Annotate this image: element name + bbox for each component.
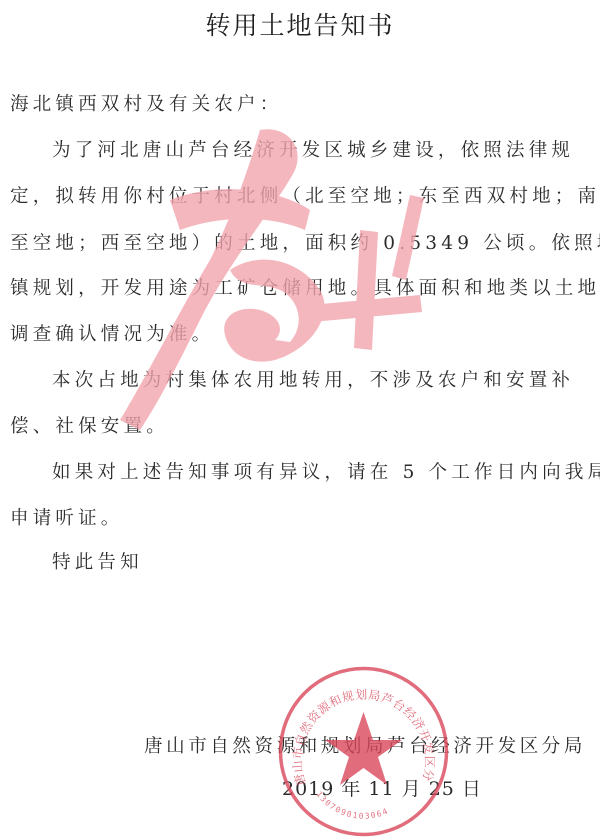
closing-line: 特此告知 <box>52 552 143 574</box>
seal-arc-text: 唐山市自然资源和规划局芦台经济开发区分局 <box>276 664 437 788</box>
body-line: 定，拟转用你村位于村北侧（北至空地；东至西双村地；南 <box>10 186 600 208</box>
body-line: 本次占地为村集体农用地转用，不涉及农户和安置补 <box>52 370 574 392</box>
body-line: 如果对上述告知事项有异议，请在 5 个工作日内向我局 <box>52 462 600 484</box>
body-line: 至空地；西至空地）的土地，面积约 0.5349 公顷。依照城 <box>10 233 600 255</box>
document-title: 转用土地告知书 <box>0 6 600 42</box>
issue-date: 2019 年 11 月 25 日 <box>282 778 482 800</box>
body-line: 镇规划，开发用途为工矿仓储用地。具体面积和地类以土地 <box>10 278 600 300</box>
salutation: 海北镇西双村及有关农户： <box>10 94 282 116</box>
issuer-name: 唐山市自然资源和规划局芦台经济开发区分局 <box>144 736 586 758</box>
body-line: 偿、社保安置。 <box>10 416 169 438</box>
body-line: 为了河北唐山芦台经济开发区城乡建设，依照法律规 <box>52 140 574 162</box>
svg-text:唐山市自然资源和规划局芦台经济开发区分局: 唐山市自然资源和规划局芦台经济开发区分局 <box>276 664 437 788</box>
body-line: 申请听证。 <box>10 508 124 530</box>
body-line: 调查确认情况为准。 <box>10 324 214 346</box>
